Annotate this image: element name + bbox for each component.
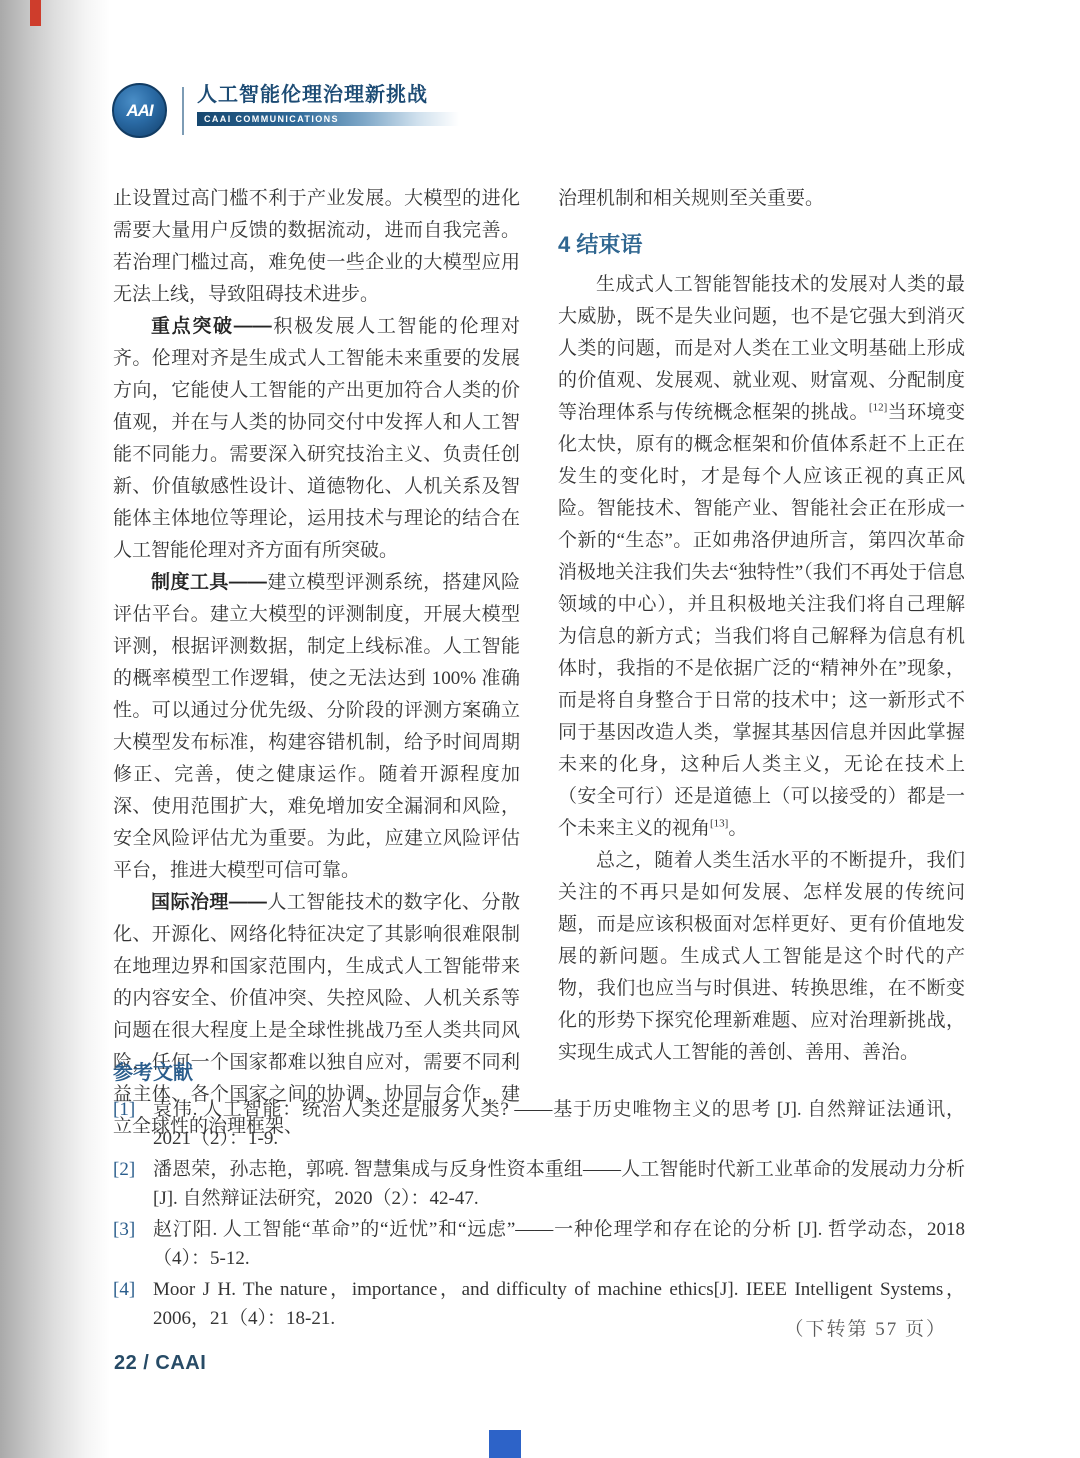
- magazine-page: AAI 人工智能伦理治理新挑战 CAAI COMMUNICATIONS 止设置过…: [0, 0, 1080, 1458]
- paragraph: 生成式人工智能智能技术的发展对人类的最大威胁，既不是失业问题，也不是它强大到消灭…: [558, 269, 965, 845]
- reference-number: [4]: [113, 1275, 153, 1333]
- paragraph-text: 。: [728, 818, 747, 839]
- paragraph-dash: ——: [229, 572, 267, 593]
- red-corner-mark: [30, 0, 41, 26]
- caai-logo-icon: AAI: [112, 83, 167, 138]
- paragraph-lead: 制度工具: [151, 572, 229, 593]
- reference-text: 潘恩荣，孙志艳，郭喨. 智慧集成与反身性资本重组——人工智能时代新工业革命的发展…: [153, 1155, 965, 1213]
- reference-item: [1] 袁伟. 人工智能：统治人类还是服务人类? ——基于历史唯物主义的思考 […: [113, 1095, 965, 1153]
- page-edge-shadow: [0, 0, 110, 1458]
- paragraph-text: 积极发展人工智能的伦理对齐。伦理对齐是生成式人工智能未来重要的发展方向，它能使人…: [113, 316, 520, 561]
- left-column: 止设置过高门槛不利于产业发展。大模型的进化需要大量用户反馈的数据流动，进而自我完…: [113, 183, 520, 1143]
- paragraph: 治理机制和相关规则至关重要。: [558, 183, 965, 215]
- reference-text: 袁伟. 人工智能：统治人类还是服务人类? ——基于历史唯物主义的思考 [J]. …: [153, 1095, 965, 1153]
- paragraph-lead: 重点突破: [151, 316, 234, 337]
- reference-number: [2]: [113, 1155, 153, 1213]
- citation-superscript: [13]: [710, 818, 728, 830]
- paragraph-dash: ——: [234, 316, 272, 337]
- page-header: AAI 人工智能伦理治理新挑战 CAAI COMMUNICATIONS: [112, 83, 459, 138]
- paragraph-dash: ——: [229, 892, 267, 913]
- article-body: 止设置过高门槛不利于产业发展。大模型的进化需要大量用户反馈的数据流动，进而自我完…: [113, 183, 965, 1143]
- paragraph-text: 生成式人工智能智能技术的发展对人类的最大威胁，既不是失业问题，也不是它强大到消灭…: [558, 274, 965, 423]
- paragraph: 制度工具——建立模型评测系统，搭建风险评估平台。建立大模型的评测制度，开展大模型…: [113, 567, 520, 887]
- header-divider: [182, 87, 184, 135]
- references-heading: 参考文献: [113, 1056, 965, 1085]
- page-number-label: 22 / CAAI: [114, 1352, 206, 1375]
- header-subtitle-bar: CAAI COMMUNICATIONS: [197, 112, 459, 126]
- blue-bottom-tab: [489, 1430, 521, 1458]
- paragraph: 重点突破——积极发展人工智能的伦理对齐。伦理对齐是生成式人工智能未来重要的发展方…: [113, 311, 520, 567]
- section-heading: 4 结束语: [558, 230, 965, 260]
- paragraph-text: 建立模型评测系统，搭建风险评估平台。建立大模型的评测制度，开展大模型评测，根据评…: [113, 572, 520, 881]
- continued-on-page-note: （下转第 57 页）: [784, 1314, 947, 1341]
- header-title-block: 人工智能伦理治理新挑战 CAAI COMMUNICATIONS: [197, 83, 459, 126]
- paragraph-text: 当环境变化太快，原有的概念框架和价值体系赶不上正在发生的变化时，才是每个人应该正…: [558, 402, 965, 839]
- right-column: 治理机制和相关规则至关重要。 4 结束语 生成式人工智能智能技术的发展对人类的最…: [558, 183, 965, 1143]
- reference-number: [3]: [113, 1215, 153, 1273]
- paragraph: 总之，随着人类生活水平的不断提升，我们关注的不再只是如何发展、怎样发展的传统问题…: [558, 845, 965, 1069]
- citation-superscript: [12]: [869, 402, 887, 414]
- page-title: 人工智能伦理治理新挑战: [197, 83, 459, 107]
- paragraph-lead: 国际治理: [151, 892, 229, 913]
- reference-text: 赵汀阳. 人工智能“革命”的“近忧”和“远虑”——一种伦理学和存在论的分析 [J…: [153, 1215, 965, 1273]
- reference-number: [1]: [113, 1095, 153, 1153]
- reference-item: [2] 潘恩荣，孙志艳，郭喨. 智慧集成与反身性资本重组——人工智能时代新工业革…: [113, 1155, 965, 1213]
- paragraph: 止设置过高门槛不利于产业发展。大模型的进化需要大量用户反馈的数据流动，进而自我完…: [113, 183, 520, 311]
- references-section: 参考文献 [1] 袁伟. 人工智能：统治人类还是服务人类? ——基于历史唯物主义…: [113, 1056, 965, 1335]
- reference-item: [3] 赵汀阳. 人工智能“革命”的“近忧”和“远虑”——一种伦理学和存在论的分…: [113, 1215, 965, 1273]
